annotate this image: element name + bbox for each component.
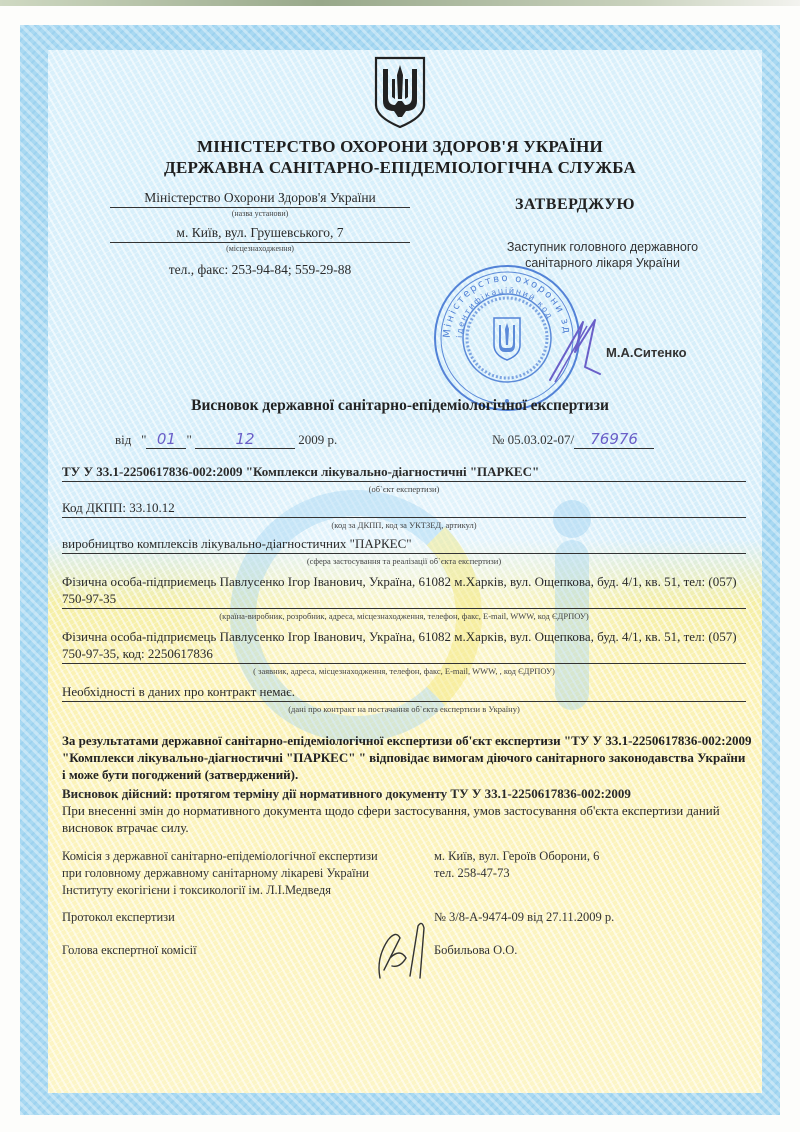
approver-signature-icon	[545, 312, 605, 387]
field-caption: (сфера застосування та реалізації об`єкт…	[62, 556, 746, 566]
issuer-address: м. Київ, вул. Грушевського, 7 (місцезнах…	[110, 225, 410, 253]
field-value: Необхідності в даних про контракт немає.	[62, 683, 746, 702]
date-prefix: від	[115, 432, 131, 447]
approve-label: ЗАТВЕРДЖУЮ	[515, 196, 635, 214]
commission-address: м. Київ, вул. Героїв Оборони, 6	[434, 848, 734, 865]
document-date: від "01" 12 2009 р.	[115, 430, 337, 449]
commission-line-3: Інституту екогігієни і токсикології ім. …	[62, 882, 422, 899]
scan-edge	[0, 0, 800, 6]
chair-label: Голова експертної комісії	[62, 943, 197, 958]
address-caption: (місцезнаходження)	[110, 244, 410, 253]
ministry-heading: МІНІСТЕРСТВО ОХОРОНИ ЗДОРОВ'Я УКРАЇНИ	[100, 137, 700, 157]
protocol-value: № 3/8-А-9474-09 від 27.11.2009 р.	[434, 910, 614, 925]
number-handwritten: 76976	[574, 430, 654, 449]
expertise-conclusion: За результатами державної санітарно-епід…	[62, 732, 752, 783]
address-value: м. Київ, вул. Грушевського, 7	[110, 225, 410, 243]
validity-section: Висновок дійсний: протягом терміну дії н…	[62, 785, 752, 836]
field-caption: (об`єкт експертизи)	[62, 484, 746, 494]
commission-line-1: Комісія з державної санітарно-епідеміоло…	[62, 848, 422, 865]
approver-name: М.А.Ситенко	[606, 345, 687, 360]
field-value: Фізична особа-підприємець Павлусенко Іго…	[62, 573, 746, 609]
commission-line-2: при головному державному санітарному лік…	[62, 865, 422, 882]
field-value: Код ДКПП: 33.10.12	[62, 499, 746, 518]
date-month: 12	[195, 430, 295, 449]
field-product-code: Код ДКПП: 33.10.12 (код за ДКПП, код за …	[62, 499, 746, 530]
service-heading: ДЕРЖАВНА САНІТАРНО-ЕПІДЕМІОЛОГІЧНА СЛУЖБ…	[100, 158, 700, 178]
field-caption: ( заявник, адреса, місцезнаходження, тел…	[62, 666, 746, 676]
date-year: 2009 р.	[298, 432, 337, 447]
issuer-institution: Міністерство Охорони Здоров'я України (н…	[110, 190, 410, 218]
institution-caption: (назва установи)	[110, 209, 410, 218]
document-number: № 05.03.02-07/76976	[492, 430, 654, 449]
chair-signature-icon	[370, 918, 440, 984]
issuer-phone: тел., факс: 253-94-84; 559-29-88	[110, 262, 410, 278]
validity-heading: Висновок дійсний: протягом терміну дії н…	[62, 785, 752, 802]
field-value: виробництво комплексів лікувально-діагно…	[62, 535, 746, 554]
document-title: Висновок державної санітарно-епідеміолог…	[100, 397, 700, 415]
field-caption: (код за ДКПП, код за УКТЗЕД, артикул)	[62, 520, 746, 530]
field-manufacturer: Фізична особа-підприємець Павлусенко Іго…	[62, 573, 746, 621]
date-day: 01	[146, 430, 186, 449]
field-value: Фізична особа-підприємець Павлусенко Іго…	[62, 628, 746, 664]
validity-note: При внесенні змін до нормативного докуме…	[62, 802, 752, 836]
field-caption: (дані про контракт на постачання об`єкта…	[62, 704, 746, 714]
number-prefix: № 05.03.02-07/	[492, 432, 574, 447]
commission-name: Комісія з державної санітарно-епідеміоло…	[62, 848, 422, 899]
phone-value: тел., факс: 253-94-84; 559-29-88	[110, 262, 410, 278]
field-scope: виробництво комплексів лікувально-діагно…	[62, 535, 746, 566]
institution-name: Міністерство Охорони Здоров'я України	[110, 190, 410, 208]
position-line-1: Заступник головного державного	[490, 239, 715, 255]
field-contract: Необхідності в даних про контракт немає.…	[62, 683, 746, 714]
field-caption: (країна-виробник, розробник, адреса, міс…	[62, 611, 746, 621]
protocol-label: Протокол експертизи	[62, 910, 175, 925]
commission-phone: тел. 258-47-73	[434, 865, 734, 882]
chair-name: Бобильова О.О.	[434, 943, 517, 958]
field-value: ТУ У 33.1-2250617836-002:2009 "Комплекси…	[62, 463, 746, 482]
field-applicant: Фізична особа-підприємець Павлусенко Іго…	[62, 628, 746, 676]
commission-contacts: м. Київ, вул. Героїв Оборони, 6 тел. 258…	[434, 848, 734, 882]
field-expertise-object: ТУ У 33.1-2250617836-002:2009 "Комплекси…	[62, 463, 746, 494]
trident-emblem-icon	[373, 55, 427, 129]
